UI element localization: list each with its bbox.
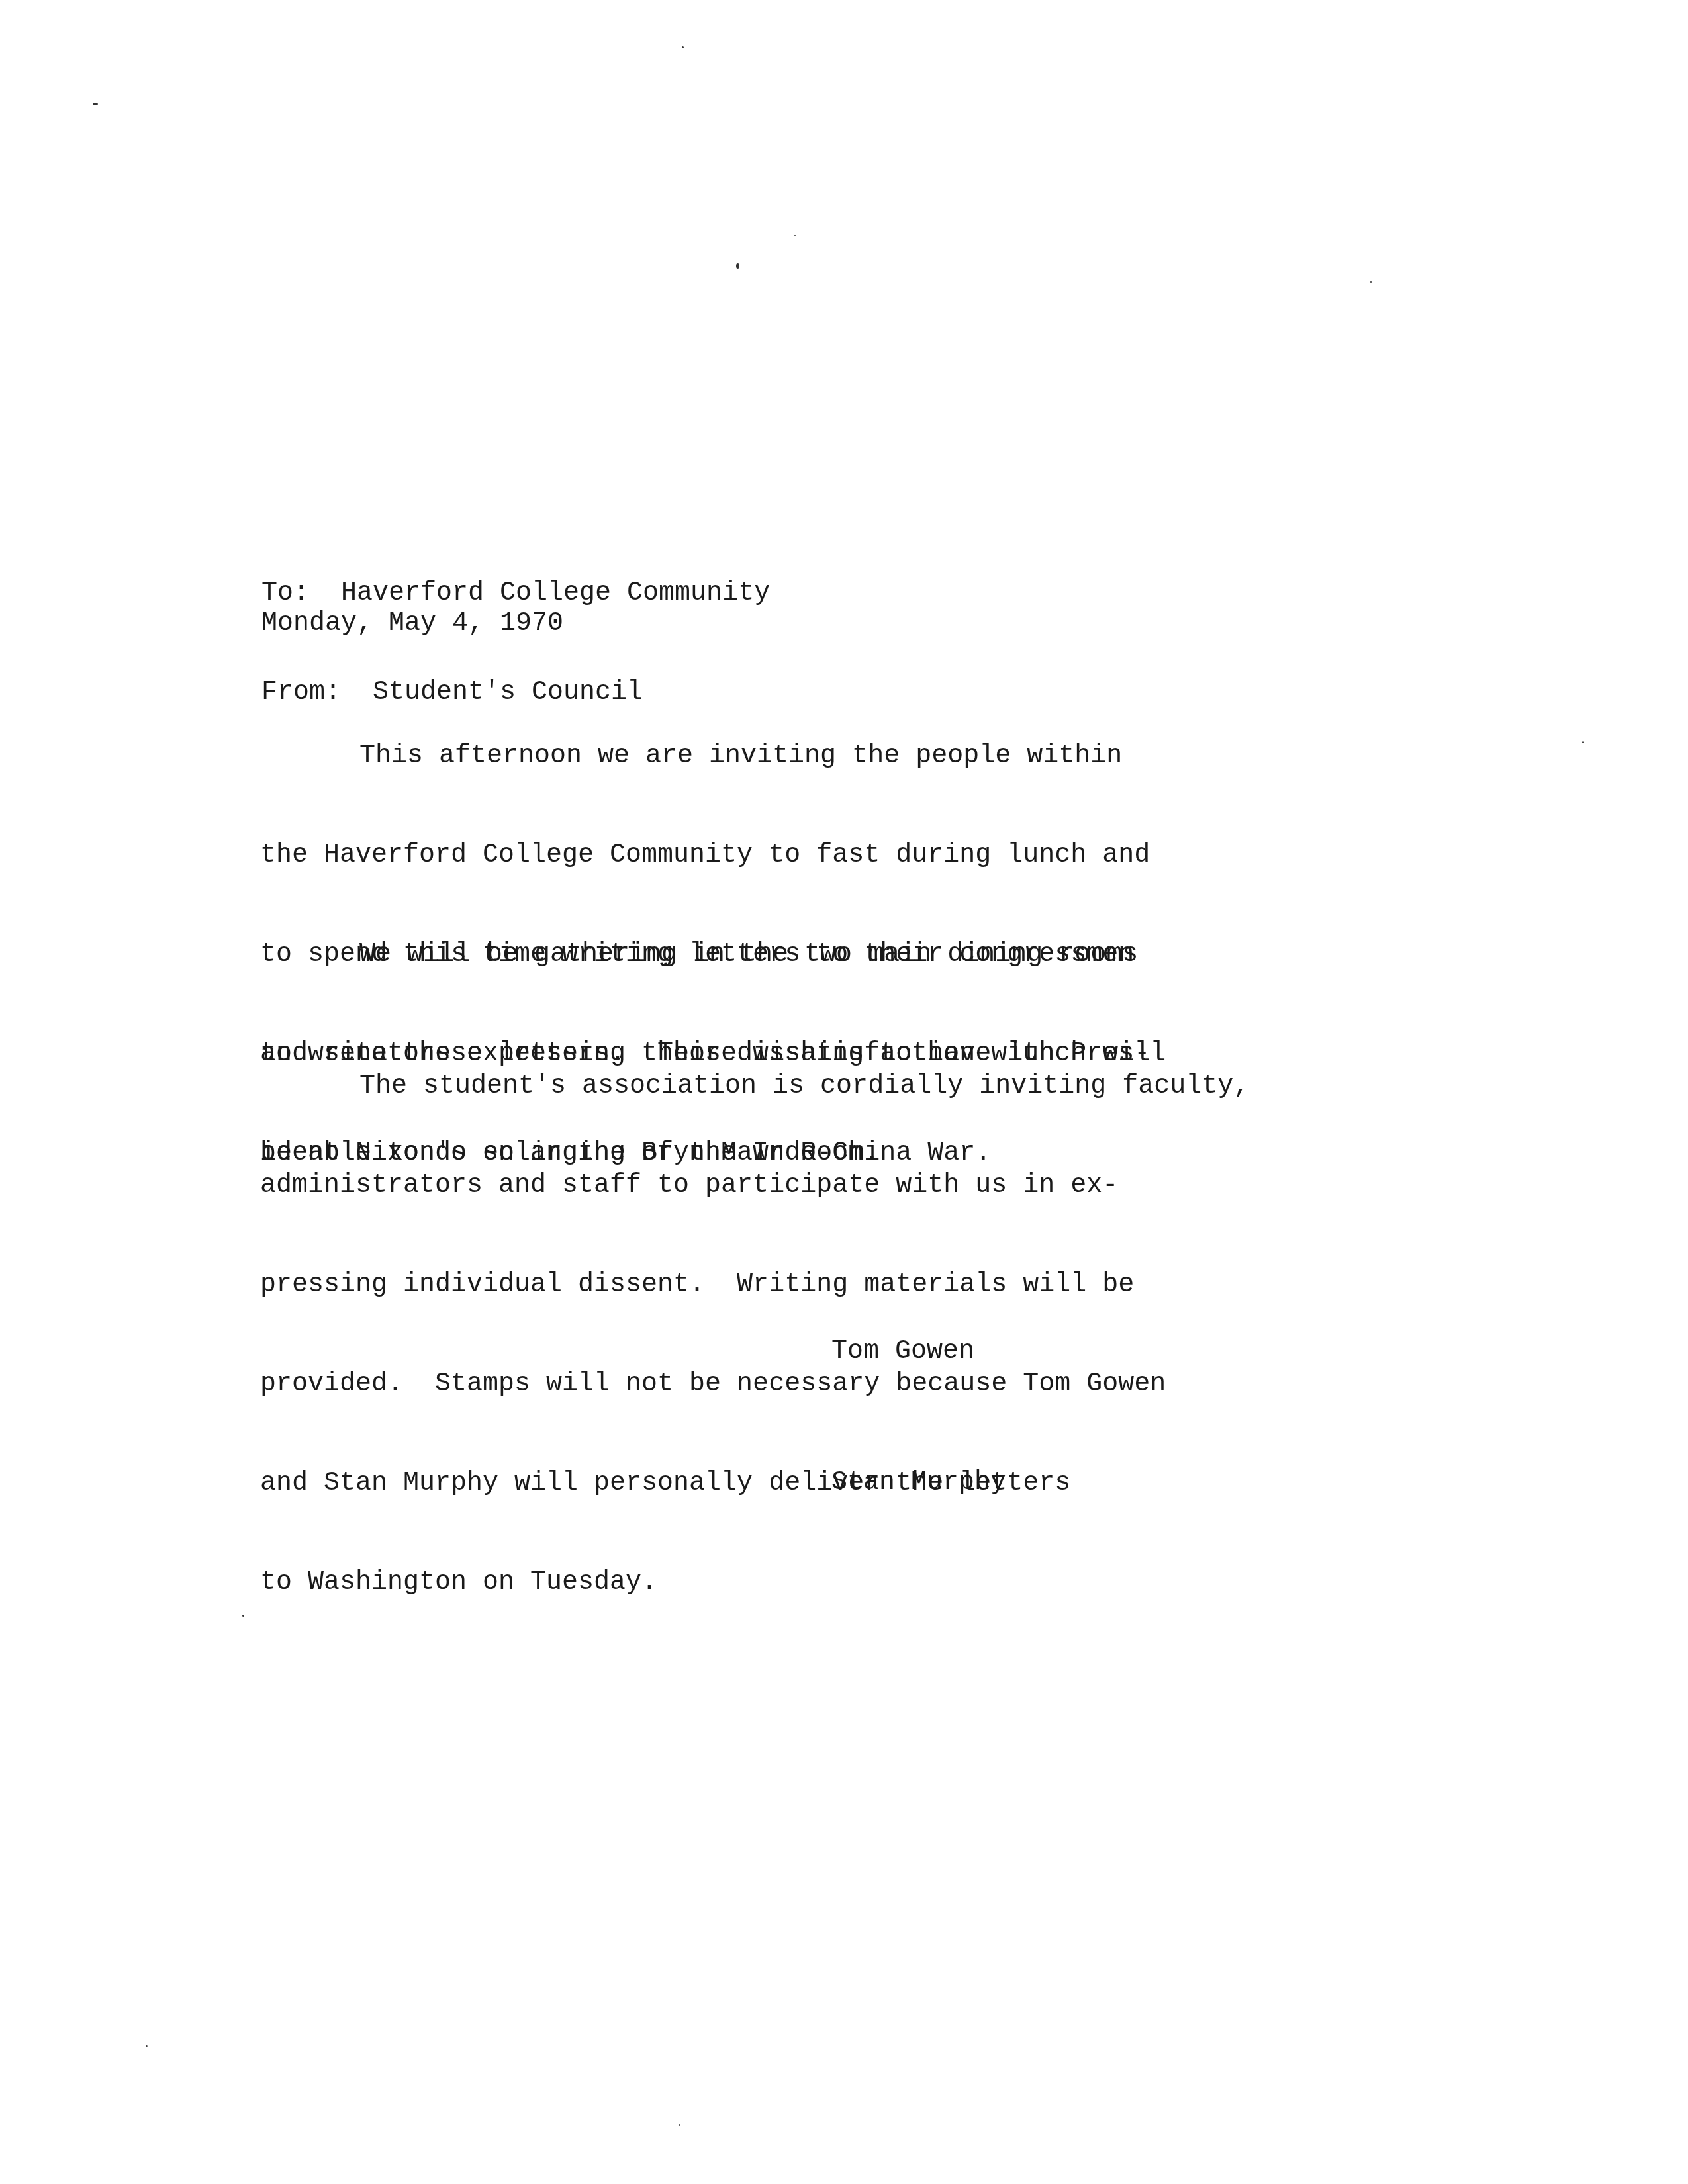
paragraph-line: administrators and staff to participate … [260,1169,1249,1203]
letter-date: Monday, May 4, 1970 [261,608,563,641]
paragraph-line: to Washington on Tuesday. [260,1567,1249,1600]
scan-speck [1370,281,1372,283]
scan-speck [679,2124,680,2126]
typewritten-letter-page: To: Haverford College Community From: St… [0,0,1688,2184]
scan-speck [794,235,796,236]
scan-speck [146,2045,148,2047]
signature-name: Stan Murphy [831,1467,1006,1500]
scan-speck [682,46,684,48]
paragraph-3: The student's association is cordially i… [260,1004,1249,1666]
to-recipient: Haverford College Community [341,578,770,608]
signature-block: Tom Gowen Stan Murphy [831,1269,1006,1566]
scan-speck [93,103,98,105]
scan-speck [242,1615,244,1617]
paragraph-line: The student's association is cordially i… [260,1070,1249,1103]
paragraph-line: provided. Stamps will not be necessary b… [260,1368,1249,1401]
to-label: To: [261,578,309,608]
paragraph-line: We will be gathering in the two main din… [260,938,1166,972]
to-line: To: Haverford College Community [261,577,770,610]
paragraph-line: This afternoon we are inviting the peopl… [260,740,1150,773]
paragraph-line: the Haverford College Community to fast … [260,839,1150,872]
scan-speck [736,263,739,269]
scan-speck [1582,741,1584,743]
signature-name: Tom Gowen [831,1336,1006,1369]
paragraph-line: and Stan Murphy will personally deliver … [260,1467,1249,1500]
paragraph-line: pressing individual dissent. Writing mat… [260,1269,1249,1302]
